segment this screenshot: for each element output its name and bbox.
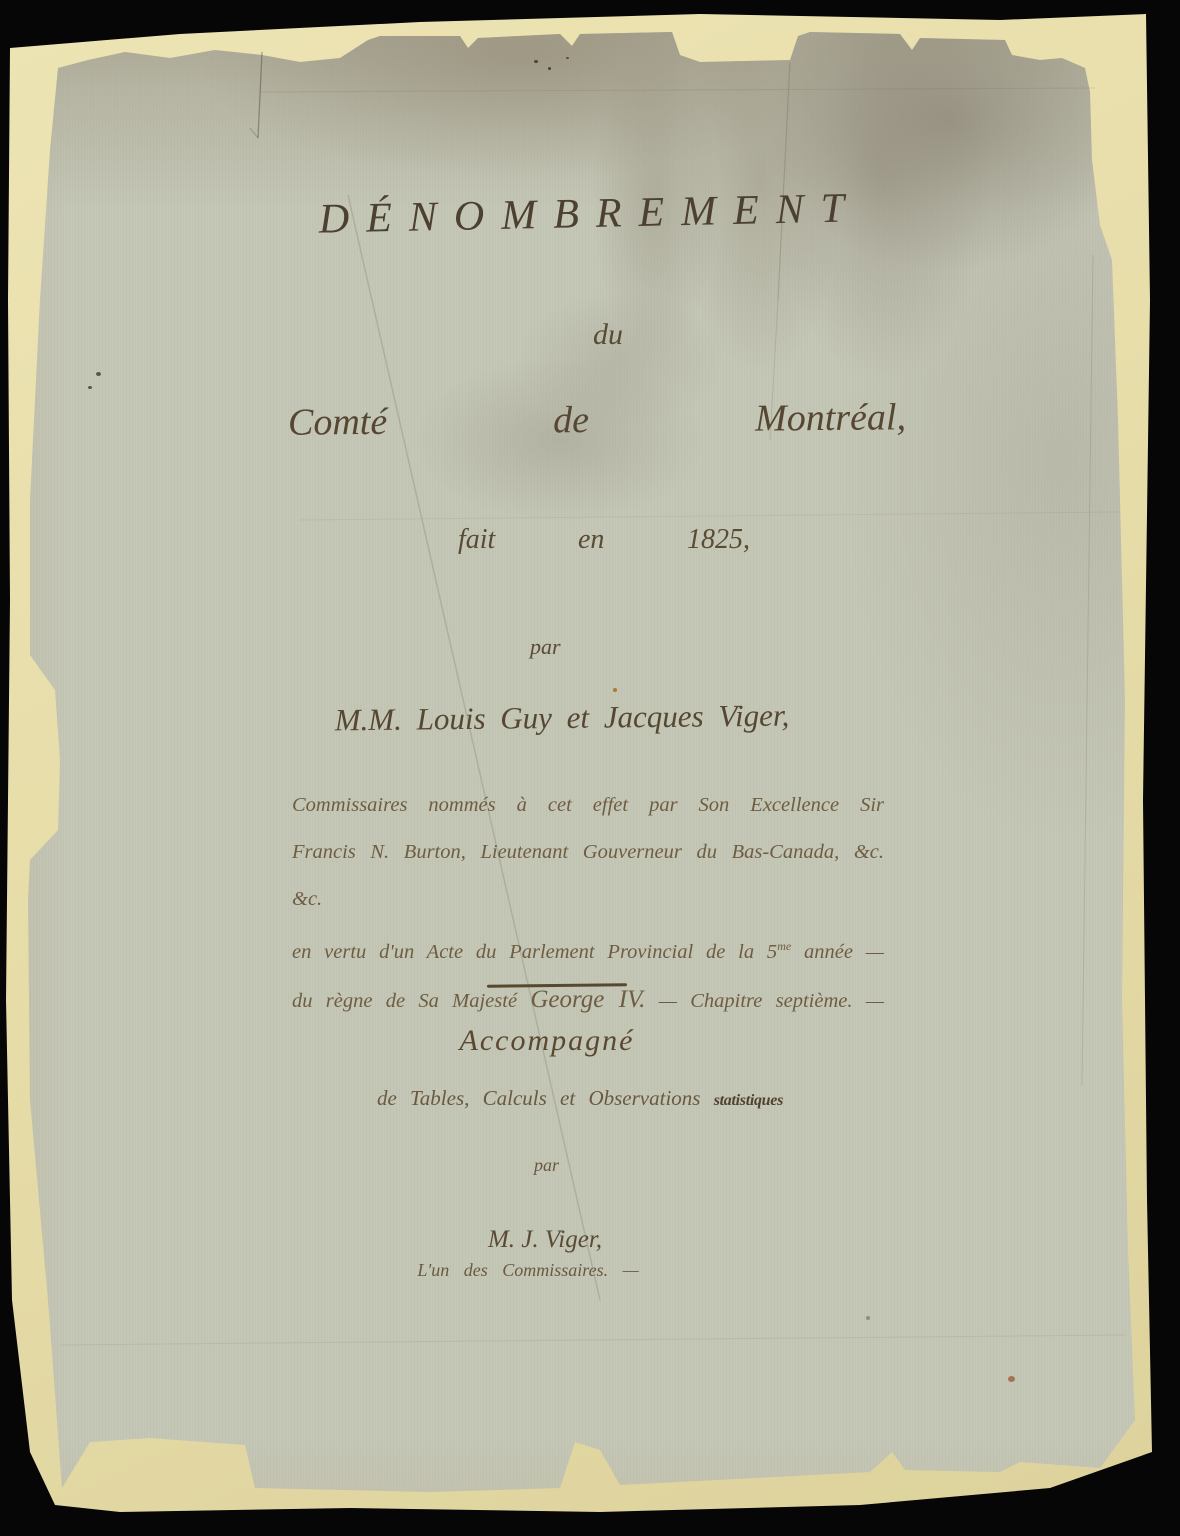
foxing-spot [1008,1376,1015,1382]
date-word-fait: fait [458,524,495,556]
ink-speck [534,60,538,63]
commission-line-2: Francis N. Burton, Lieutenant Gouverneur… [292,829,884,923]
commission-line-4-text: du règne de Sa Majesté [292,990,530,1012]
county-word-comte: Comté [288,400,388,445]
byline-par: par [530,634,561,660]
ink-dot [613,688,617,692]
ink-speck [88,386,92,389]
commission-line-4-end: — Chapitre septième. — [645,990,884,1012]
commission-paragraph: Commissaires nommés à cet effet par Son … [292,782,884,1025]
commission-line-1: Commissaires nommés à cet effet par Son … [292,782,884,829]
foxing-spot [866,1316,870,1320]
ink-speck [96,372,101,376]
accompaniment-text: de Tables, Calculs et Observations [377,1086,700,1110]
accompaniment-heading: Accompagné [0,1024,1094,1058]
ink-speck [548,67,551,70]
county-word-montreal: Montréal, [755,395,906,440]
commission-line-3: en vertu d'un Acte du Parlement Provinci… [292,923,884,976]
ink-speck [566,57,569,59]
date-line: fait en 1825, [458,524,750,556]
commission-line-3-text: en vertu d'un Acte du Parlement Provinci… [292,941,777,963]
accompaniment-line: de Tables, Calculs et Observations stati… [0,1086,1160,1111]
scanned-manuscript-page: DÉNOMBREMENT du Comté de Montréal, fait … [0,0,1180,1536]
accompaniment-suffix: statistiques [714,1092,783,1109]
second-author-role: L'un des Commissaires. — [0,1260,1056,1281]
king-name: George IV. [530,986,645,1013]
byline-par-2: par [534,1155,559,1176]
county-word-de: de [553,398,589,442]
ordinal-superscript: me [777,939,791,953]
second-author: M. J. Viger, [0,1226,1090,1254]
title-preposition: du [0,318,1180,352]
county-line: Comté de Montréal, [288,395,906,444]
date-word-1825: 1825, [687,524,750,556]
date-word-en: en [578,524,604,556]
commission-line-3-end: année — [791,941,884,963]
